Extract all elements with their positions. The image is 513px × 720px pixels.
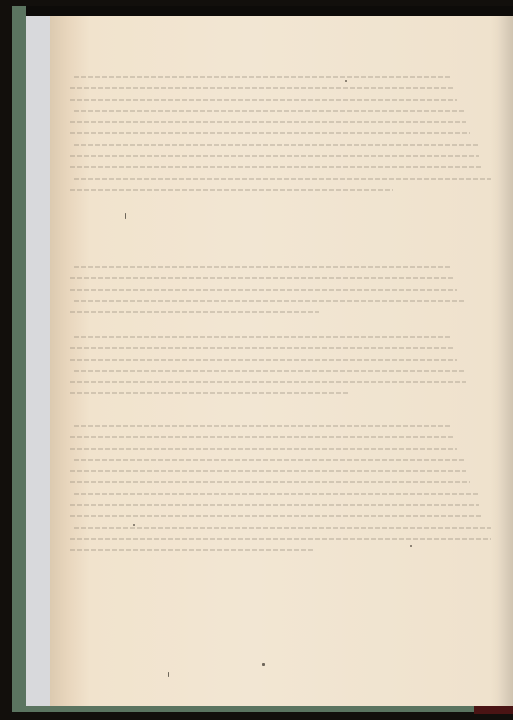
text-line — [70, 99, 457, 101]
text-line — [70, 504, 479, 506]
text-line — [74, 76, 452, 78]
text-line — [70, 121, 466, 123]
text-line — [70, 189, 393, 191]
text-line — [74, 110, 465, 112]
text-line — [74, 144, 478, 146]
page-right-edge — [498, 16, 513, 706]
text-line — [74, 370, 465, 372]
text-line — [70, 448, 457, 450]
text-line — [70, 549, 315, 551]
text-line — [74, 527, 491, 529]
paragraph-2 — [70, 266, 500, 322]
text-line — [70, 515, 483, 517]
text-line — [70, 87, 453, 89]
text-line — [70, 481, 470, 483]
text-line — [70, 359, 457, 361]
paragraph-1 — [70, 76, 500, 200]
text-line — [74, 178, 491, 180]
bottom-corner-binding — [474, 706, 513, 714]
text-line — [74, 425, 452, 427]
text-line — [70, 381, 466, 383]
text-line — [70, 166, 483, 168]
text-line — [70, 277, 453, 279]
text-line — [70, 392, 350, 394]
text-line — [70, 538, 491, 540]
text-line — [74, 336, 452, 338]
endpaper-strip — [26, 16, 50, 706]
paragraph-4 — [70, 425, 500, 561]
text-line — [70, 289, 457, 291]
text-line — [70, 436, 453, 438]
text-line — [70, 132, 470, 134]
text-line — [74, 493, 478, 495]
text-line — [74, 266, 452, 268]
text-line — [70, 470, 466, 472]
text-line — [74, 459, 465, 461]
text-line — [70, 347, 453, 349]
text-line — [70, 155, 479, 157]
text-line — [74, 300, 465, 302]
paragraph-3 — [70, 336, 500, 404]
text-line — [70, 311, 319, 313]
